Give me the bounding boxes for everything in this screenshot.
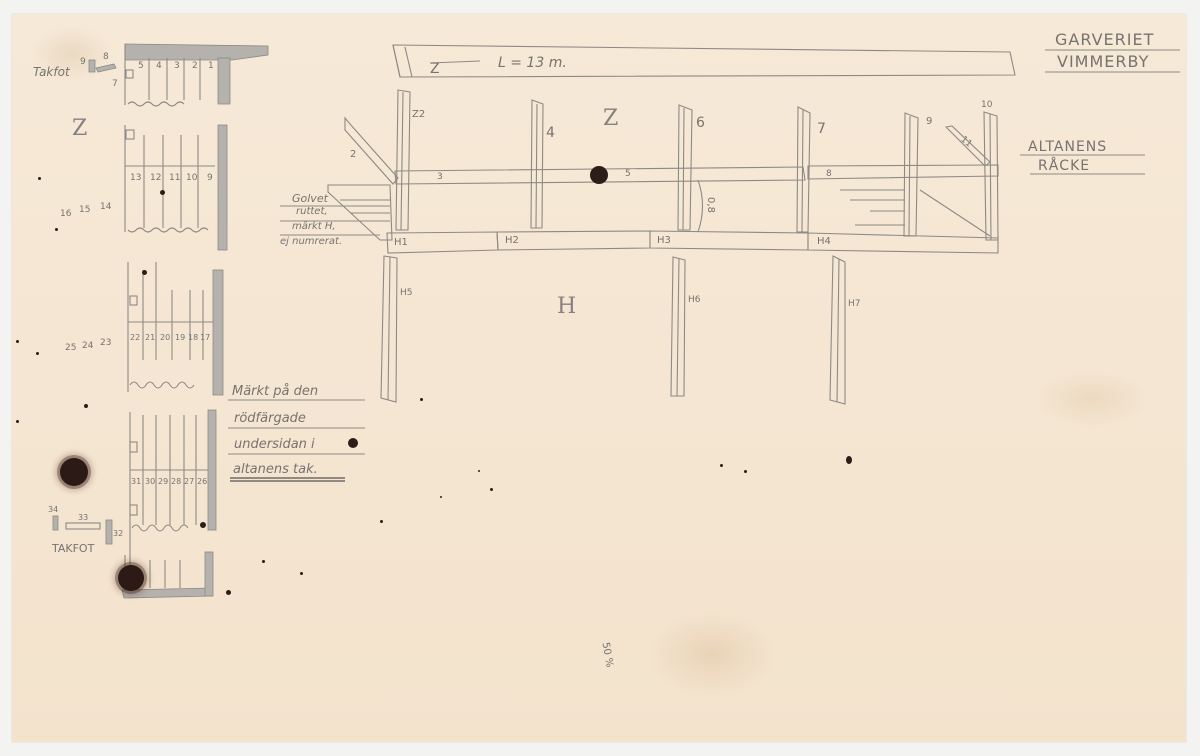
panel4-number: 27 [184, 478, 194, 486]
ink-dot [16, 340, 19, 343]
panel4-number: 29 [158, 478, 168, 486]
ink-dot [262, 560, 265, 563]
beam-label-h1: H1 [394, 238, 408, 248]
post-label-7: 7 [817, 122, 826, 136]
rail-label-8: 8 [826, 170, 832, 179]
panel2-loose: 14 [100, 203, 111, 212]
ceiling-panel-3 [128, 262, 223, 395]
height-dimension-label: 0,8 [705, 197, 715, 213]
post-label-z2: Z2 [412, 110, 425, 120]
panel1-number: 2 [192, 62, 198, 71]
ink-dot [36, 352, 39, 355]
title-line-1: GARVERIET [1055, 32, 1154, 51]
ceiling-section-label: Z [72, 118, 87, 140]
title-line-2: VIMMERBY [1057, 54, 1149, 73]
panel3-loose: 24 [82, 342, 93, 351]
beam-label-h3: H3 [657, 236, 671, 246]
rail-label-3: 3 [437, 173, 443, 182]
ink-dot [55, 228, 58, 231]
height-dimension [698, 180, 703, 232]
post-label-10: 10 [981, 101, 992, 110]
support-posts [381, 256, 845, 404]
panel4-number: 31 [131, 478, 141, 486]
marking-note-line-4: altanens tak. [233, 463, 318, 476]
top-beam-label: Z [430, 62, 440, 76]
panel1-number: 3 [174, 62, 180, 71]
panel3-number: 18 [188, 334, 198, 342]
ink-dot [300, 572, 303, 575]
ink-dot [84, 404, 88, 408]
ink-dot [16, 420, 19, 423]
ink-dot [348, 438, 358, 448]
beam-label-h4: H4 [817, 237, 831, 247]
top-rails [395, 165, 998, 184]
ink-dot [200, 522, 206, 528]
bottom-piece-34: 34 [48, 506, 58, 514]
panel3-number: 21 [145, 334, 155, 342]
top-piece-8: 8 [103, 53, 109, 62]
beam-length-note: L = 13 m. [498, 56, 567, 70]
floor-note-line-4: ej numrerat. [280, 237, 342, 247]
top-beam-z [393, 45, 1015, 77]
panel4-number: 28 [171, 478, 181, 486]
support-section-label: H [557, 296, 576, 318]
panel3-loose: 23 [100, 339, 111, 348]
bottom-beams [387, 231, 998, 253]
railing-section-label: Z [603, 108, 618, 130]
ink-dot [420, 398, 423, 401]
support-label-h7: H7 [848, 300, 861, 309]
support-label-h5: H5 [400, 289, 413, 298]
panel1-number: 5 [138, 62, 144, 71]
panel3-loose: 25 [65, 344, 76, 353]
ink-dot [160, 190, 165, 195]
ink-dot [38, 177, 41, 180]
panel2-number: 13 [130, 174, 141, 183]
ink-dot [226, 590, 231, 595]
rail-label-2: 2 [350, 150, 356, 160]
ink-dot [478, 470, 480, 472]
floor-lines [328, 185, 990, 240]
subtitle-line-2: RÅCKE [1038, 159, 1090, 173]
ink-dot [490, 488, 493, 491]
post-label-9: 9 [926, 117, 932, 127]
panel3-number: 17 [200, 334, 210, 342]
ink-dot [142, 270, 147, 275]
subtitle-line-1: ALTANENS [1028, 140, 1107, 154]
panel2-number: 11 [169, 174, 180, 183]
marking-note-line-3: undersidan i [234, 438, 315, 451]
marking-note-line-2: rödfärgade [234, 412, 306, 425]
ink-dot [380, 520, 383, 523]
ceiling-panel-2 [125, 125, 227, 250]
takfot-label-top: Takfot [33, 66, 70, 78]
rail-label-5: 5 [625, 170, 631, 179]
bottom-piece-33: 33 [78, 514, 88, 522]
floor-note-line-2: ruttet, [296, 207, 328, 217]
ink-blot [118, 565, 144, 591]
beam-label-h2: H2 [505, 236, 519, 246]
panel1-number: 1 [208, 62, 214, 71]
panel2-number: 9 [207, 174, 213, 183]
panel2-number: 12 [150, 174, 161, 183]
marking-note-line-1: Märkt på den [232, 385, 318, 398]
panel4-number: 30 [145, 478, 155, 486]
panel2-number: 10 [186, 174, 197, 183]
ink-blot [60, 458, 88, 486]
post-label-4: 4 [546, 126, 555, 140]
panel2-loose: 15 [79, 206, 90, 215]
panel4-number: 26 [197, 478, 207, 486]
ink-dot [846, 456, 852, 464]
ink-dot [720, 464, 723, 467]
panel3-number: 19 [175, 334, 185, 342]
ink-dot [440, 496, 442, 498]
bottom-piece-32: 32 [113, 530, 123, 538]
post-label-6: 6 [696, 116, 705, 130]
ink-blot [590, 166, 608, 184]
panel3-number: 20 [160, 334, 170, 342]
panel3-number: 22 [130, 334, 140, 342]
panel1-number: 4 [156, 62, 162, 71]
floor-note-line-1: Golvet [292, 193, 328, 204]
floor-note-line-3: märkt H, [292, 222, 336, 232]
takfot-label-bottom: TAKFOT [52, 543, 94, 554]
top-piece-7: 7 [112, 80, 118, 89]
ceiling-panel-1 [89, 44, 268, 106]
support-label-h6: H6 [688, 296, 701, 305]
ink-dot [744, 470, 747, 473]
panel2-loose: 16 [60, 210, 71, 219]
top-piece-9: 9 [80, 58, 86, 67]
